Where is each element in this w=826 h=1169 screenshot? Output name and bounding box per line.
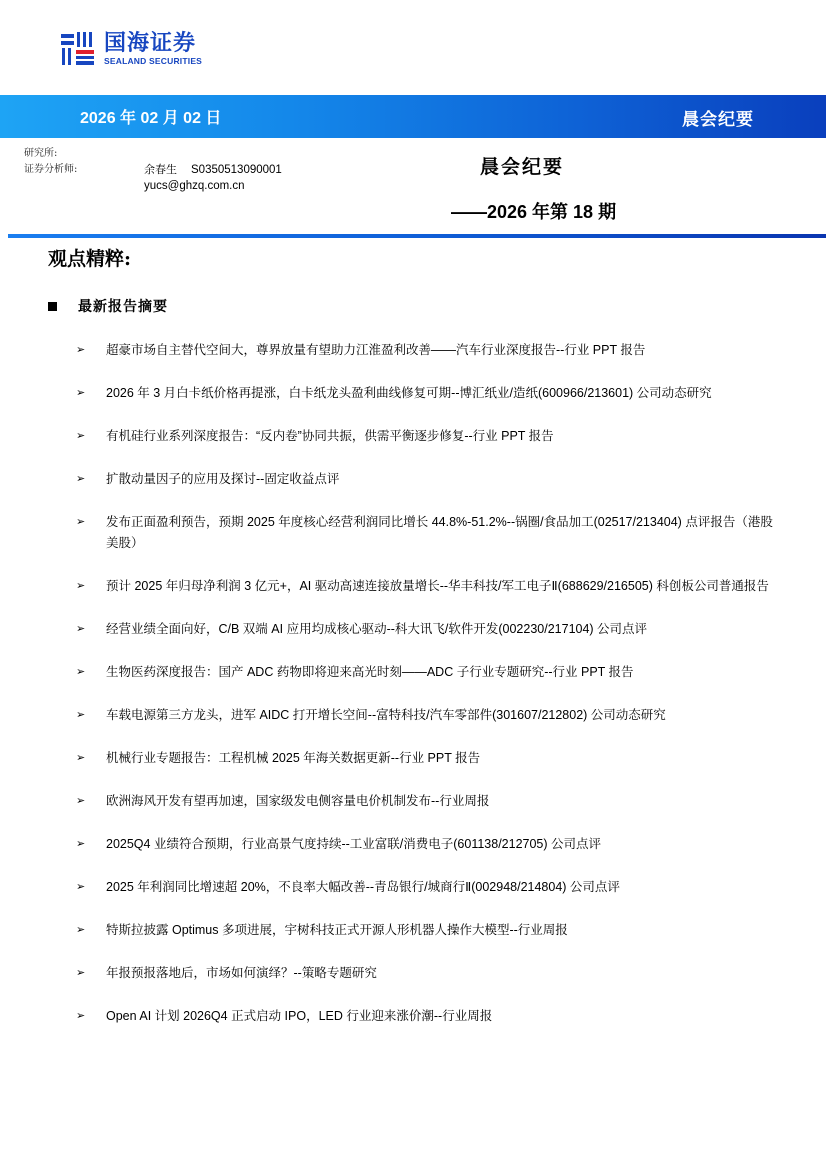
arrow-bullet-icon: ➢ <box>76 834 106 855</box>
square-bullet-icon <box>48 302 57 311</box>
list-item: ➢ 扩散动量因子的应用及探讨--固定收益点评 <box>76 469 776 490</box>
list-item: ➢ 2025 年利润同比增速超 20%，不良率大幅改善--青岛银行/城商行Ⅱ(0… <box>76 877 776 898</box>
analyst-license: S0350513090001 <box>191 162 282 178</box>
list-item: ➢ 超豪市场自主替代空间大，尊界放量有望助力江淮盈利改善——汽车行业深度报告--… <box>76 340 776 361</box>
document-issue: ——2026 年第 18 期 <box>451 198 616 224</box>
header-banner: 2026 年 02 月 02 日 晨会纪要 <box>0 95 826 138</box>
arrow-bullet-icon: ➢ <box>76 619 106 640</box>
logo-name-cn: 国海证券 <box>104 32 202 56</box>
arrow-bullet-icon: ➢ <box>76 705 106 726</box>
analyst-label: 证券分析师: <box>24 162 144 178</box>
arrow-bullet-icon: ➢ <box>76 340 106 361</box>
arrow-bullet-icon: ➢ <box>76 791 106 812</box>
arrow-bullet-icon: ➢ <box>76 920 106 941</box>
list-item: ➢ 机械行业专题报告：工程机械 2025 年海关数据更新--行业 PPT 报告 <box>76 748 776 769</box>
sealand-logo-icon <box>60 31 96 67</box>
report-title[interactable]: 欧洲海风开发有望再加速，国家级发电侧容量电价机制发布--行业周报 <box>106 791 776 812</box>
report-date: 2026 年 02 月 02 日 <box>80 105 221 128</box>
list-item: ➢ 经营业绩全面向好，C/B 双端 AI 应用均成核心驱动--科大讯飞/软件开发… <box>76 619 776 640</box>
list-item: ➢ 有机硅行业系列深度报告：“反内卷”协同共振，供需平衡逐步修复--行业 PPT… <box>76 426 776 447</box>
report-title[interactable]: 生物医药深度报告：国产 ADC 药物即将迎来高光时刻——ADC 子行业专题研究-… <box>106 662 776 683</box>
report-title[interactable]: 预计 2025 年归母净利润 3 亿元+，AI 驱动高速连接放量增长--华丰科技… <box>106 576 776 597</box>
arrow-bullet-icon: ➢ <box>76 748 106 769</box>
subsection-heading: 最新报告摘要 <box>48 296 168 316</box>
arrow-bullet-icon: ➢ <box>76 1006 106 1027</box>
report-title[interactable]: 车载电源第三方龙头，进军 AIDC 打开增长空间--富特科技/汽车零部件(301… <box>106 705 776 726</box>
arrow-bullet-icon: ➢ <box>76 662 106 683</box>
arrow-bullet-icon: ➢ <box>76 576 106 597</box>
report-title[interactable]: 年报预报落地后，市场如何演绎？--策略专题研究 <box>106 963 776 984</box>
report-title[interactable]: Open AI 计划 2026Q4 正式启动 IPO，LED 行业迎来涨价潮--… <box>106 1006 776 1027</box>
report-title[interactable]: 有机硅行业系列深度报告：“反内卷”协同共振，供需平衡逐步修复--行业 PPT 报… <box>106 426 776 447</box>
report-list: ➢ 超豪市场自主替代空间大，尊界放量有望助力江淮盈利改善——汽车行业深度报告--… <box>76 340 776 1027</box>
list-item: ➢ 预计 2025 年归母净利润 3 亿元+，AI 驱动高速连接放量增长--华丰… <box>76 576 776 597</box>
company-logo: 国海证券 SEALAND SECURITIES <box>60 31 202 67</box>
arrow-bullet-icon: ➢ <box>76 512 106 533</box>
list-item: ➢ 发布正面盈利预告，预期 2025 年度核心经营利润同比增长 44.8%-51… <box>76 512 776 554</box>
report-title[interactable]: 发布正面盈利预告，预期 2025 年度核心经营利润同比增长 44.8%-51.2… <box>106 512 776 554</box>
arrow-bullet-icon: ➢ <box>76 383 106 404</box>
logo-name-en: SEALAND SECURITIES <box>104 56 202 67</box>
arrow-bullet-icon: ➢ <box>76 963 106 984</box>
list-item: ➢ 年报预报落地后，市场如何演绎？--策略专题研究 <box>76 963 776 984</box>
report-title[interactable]: 2025 年利润同比增速超 20%，不良率大幅改善--青岛银行/城商行Ⅱ(002… <box>106 877 776 898</box>
arrow-bullet-icon: ➢ <box>76 426 106 447</box>
analyst-email[interactable]: yucs@ghzq.com.cn <box>144 178 245 194</box>
list-item: ➢ 特斯拉披露 Optimus 多项进展，宇树科技正式开源人形机器人操作大模型-… <box>76 920 776 941</box>
institute-label: 研究所: <box>24 146 144 162</box>
report-title[interactable]: 超豪市场自主替代空间大，尊界放量有望助力江淮盈利改善——汽车行业深度报告--行业… <box>106 340 776 361</box>
report-title[interactable]: 扩散动量因子的应用及探讨--固定收益点评 <box>106 469 776 490</box>
list-item: ➢ 欧洲海风开发有望再加速，国家级发电侧容量电价机制发布--行业周报 <box>76 791 776 812</box>
analyst-name: 余春生 <box>144 162 177 178</box>
report-title[interactable]: 2026 年 3 月白卡纸价格再提涨，白卡纸龙头盈利曲线修复可期--博汇纸业/造… <box>106 383 776 404</box>
section-title: 观点精粹: <box>48 244 131 271</box>
document-title: 晨会纪要 <box>480 152 564 179</box>
author-info: 研究所: 证券分析师: 余春生 S0350513090001 yucs@ghzq… <box>24 146 282 194</box>
report-type: 晨会纪要 <box>682 105 754 130</box>
report-title[interactable]: 经营业绩全面向好，C/B 双端 AI 应用均成核心驱动--科大讯飞/软件开发(0… <box>106 619 776 640</box>
arrow-bullet-icon: ➢ <box>76 469 106 490</box>
report-title[interactable]: 机械行业专题报告：工程机械 2025 年海关数据更新--行业 PPT 报告 <box>106 748 776 769</box>
report-title[interactable]: 2025Q4 业绩符合预期，行业高景气度持续--工业富联/消费电子(601138… <box>106 834 776 855</box>
list-item: ➢ 车载电源第三方龙头，进军 AIDC 打开增长空间--富特科技/汽车零部件(3… <box>76 705 776 726</box>
list-item: ➢ Open AI 计划 2026Q4 正式启动 IPO，LED 行业迎来涨价潮… <box>76 1006 776 1027</box>
report-title[interactable]: 特斯拉披露 Optimus 多项进展，宇树科技正式开源人形机器人操作大模型--行… <box>106 920 776 941</box>
header-divider <box>8 234 826 238</box>
list-item: ➢ 2026 年 3 月白卡纸价格再提涨，白卡纸龙头盈利曲线修复可期--博汇纸业… <box>76 383 776 404</box>
list-item: ➢ 2025Q4 业绩符合预期，行业高景气度持续--工业富联/消费电子(6011… <box>76 834 776 855</box>
list-item: ➢ 生物医药深度报告：国产 ADC 药物即将迎来高光时刻——ADC 子行业专题研… <box>76 662 776 683</box>
arrow-bullet-icon: ➢ <box>76 877 106 898</box>
subsection-label: 最新报告摘要 <box>78 296 168 316</box>
